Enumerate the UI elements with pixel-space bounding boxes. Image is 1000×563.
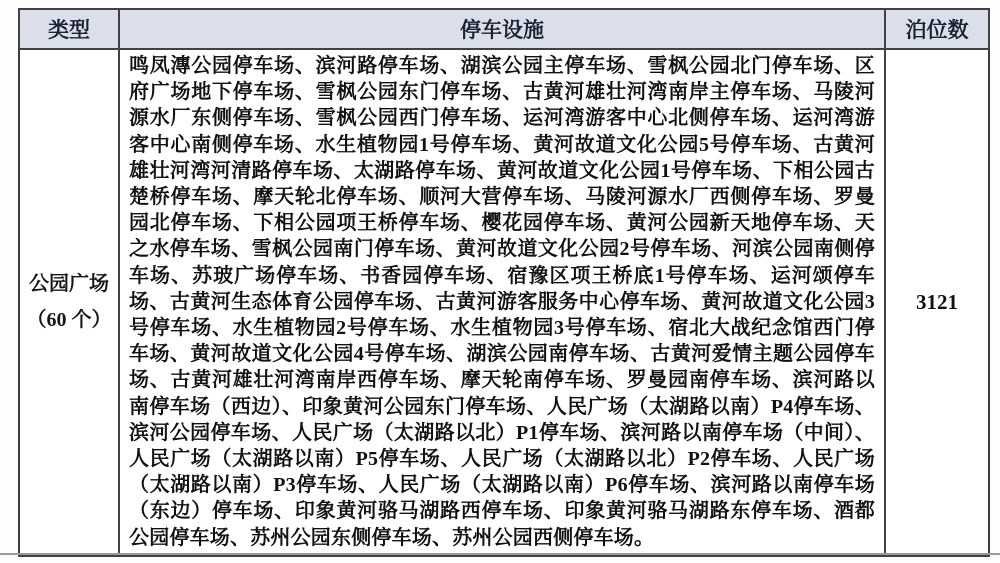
berth-count-cell: 3121 — [885, 49, 989, 556]
type-cell: 公园广场 （60 个） — [19, 49, 119, 556]
header-cell-facilities: 停车设施 — [119, 9, 885, 49]
header-cell-berth-count: 泊位数 — [885, 9, 989, 49]
header-cell-type: 类型 — [19, 9, 119, 49]
type-count: （60 个） — [20, 302, 118, 338]
type-label: 公园广场 — [20, 266, 118, 302]
facilities-cell: 鸣凤漙公园停车场、滨河路停车场、湖滨公园主停车场、雪枫公园北门停车场、区府广场地… — [119, 49, 885, 556]
document-page: 类型 停车设施 泊位数 公园广场 （60 个） 鸣凤漙公园停车场、滨河路停车场、… — [0, 0, 1000, 563]
table-row: 公园广场 （60 个） 鸣凤漙公园停车场、滨河路停车场、湖滨公园主停车场、雪枫公… — [19, 49, 989, 556]
bottom-divider — [0, 553, 1000, 555]
parking-facilities-table: 类型 停车设施 泊位数 公园广场 （60 个） 鸣凤漙公园停车场、滨河路停车场、… — [18, 8, 990, 557]
facilities-list-text: 鸣凤漙公园停车场、滨河路停车场、湖滨公园主停车场、雪枫公园北门停车场、区府广场地… — [120, 50, 884, 555]
table-header-row: 类型 停车设施 泊位数 — [19, 9, 989, 49]
